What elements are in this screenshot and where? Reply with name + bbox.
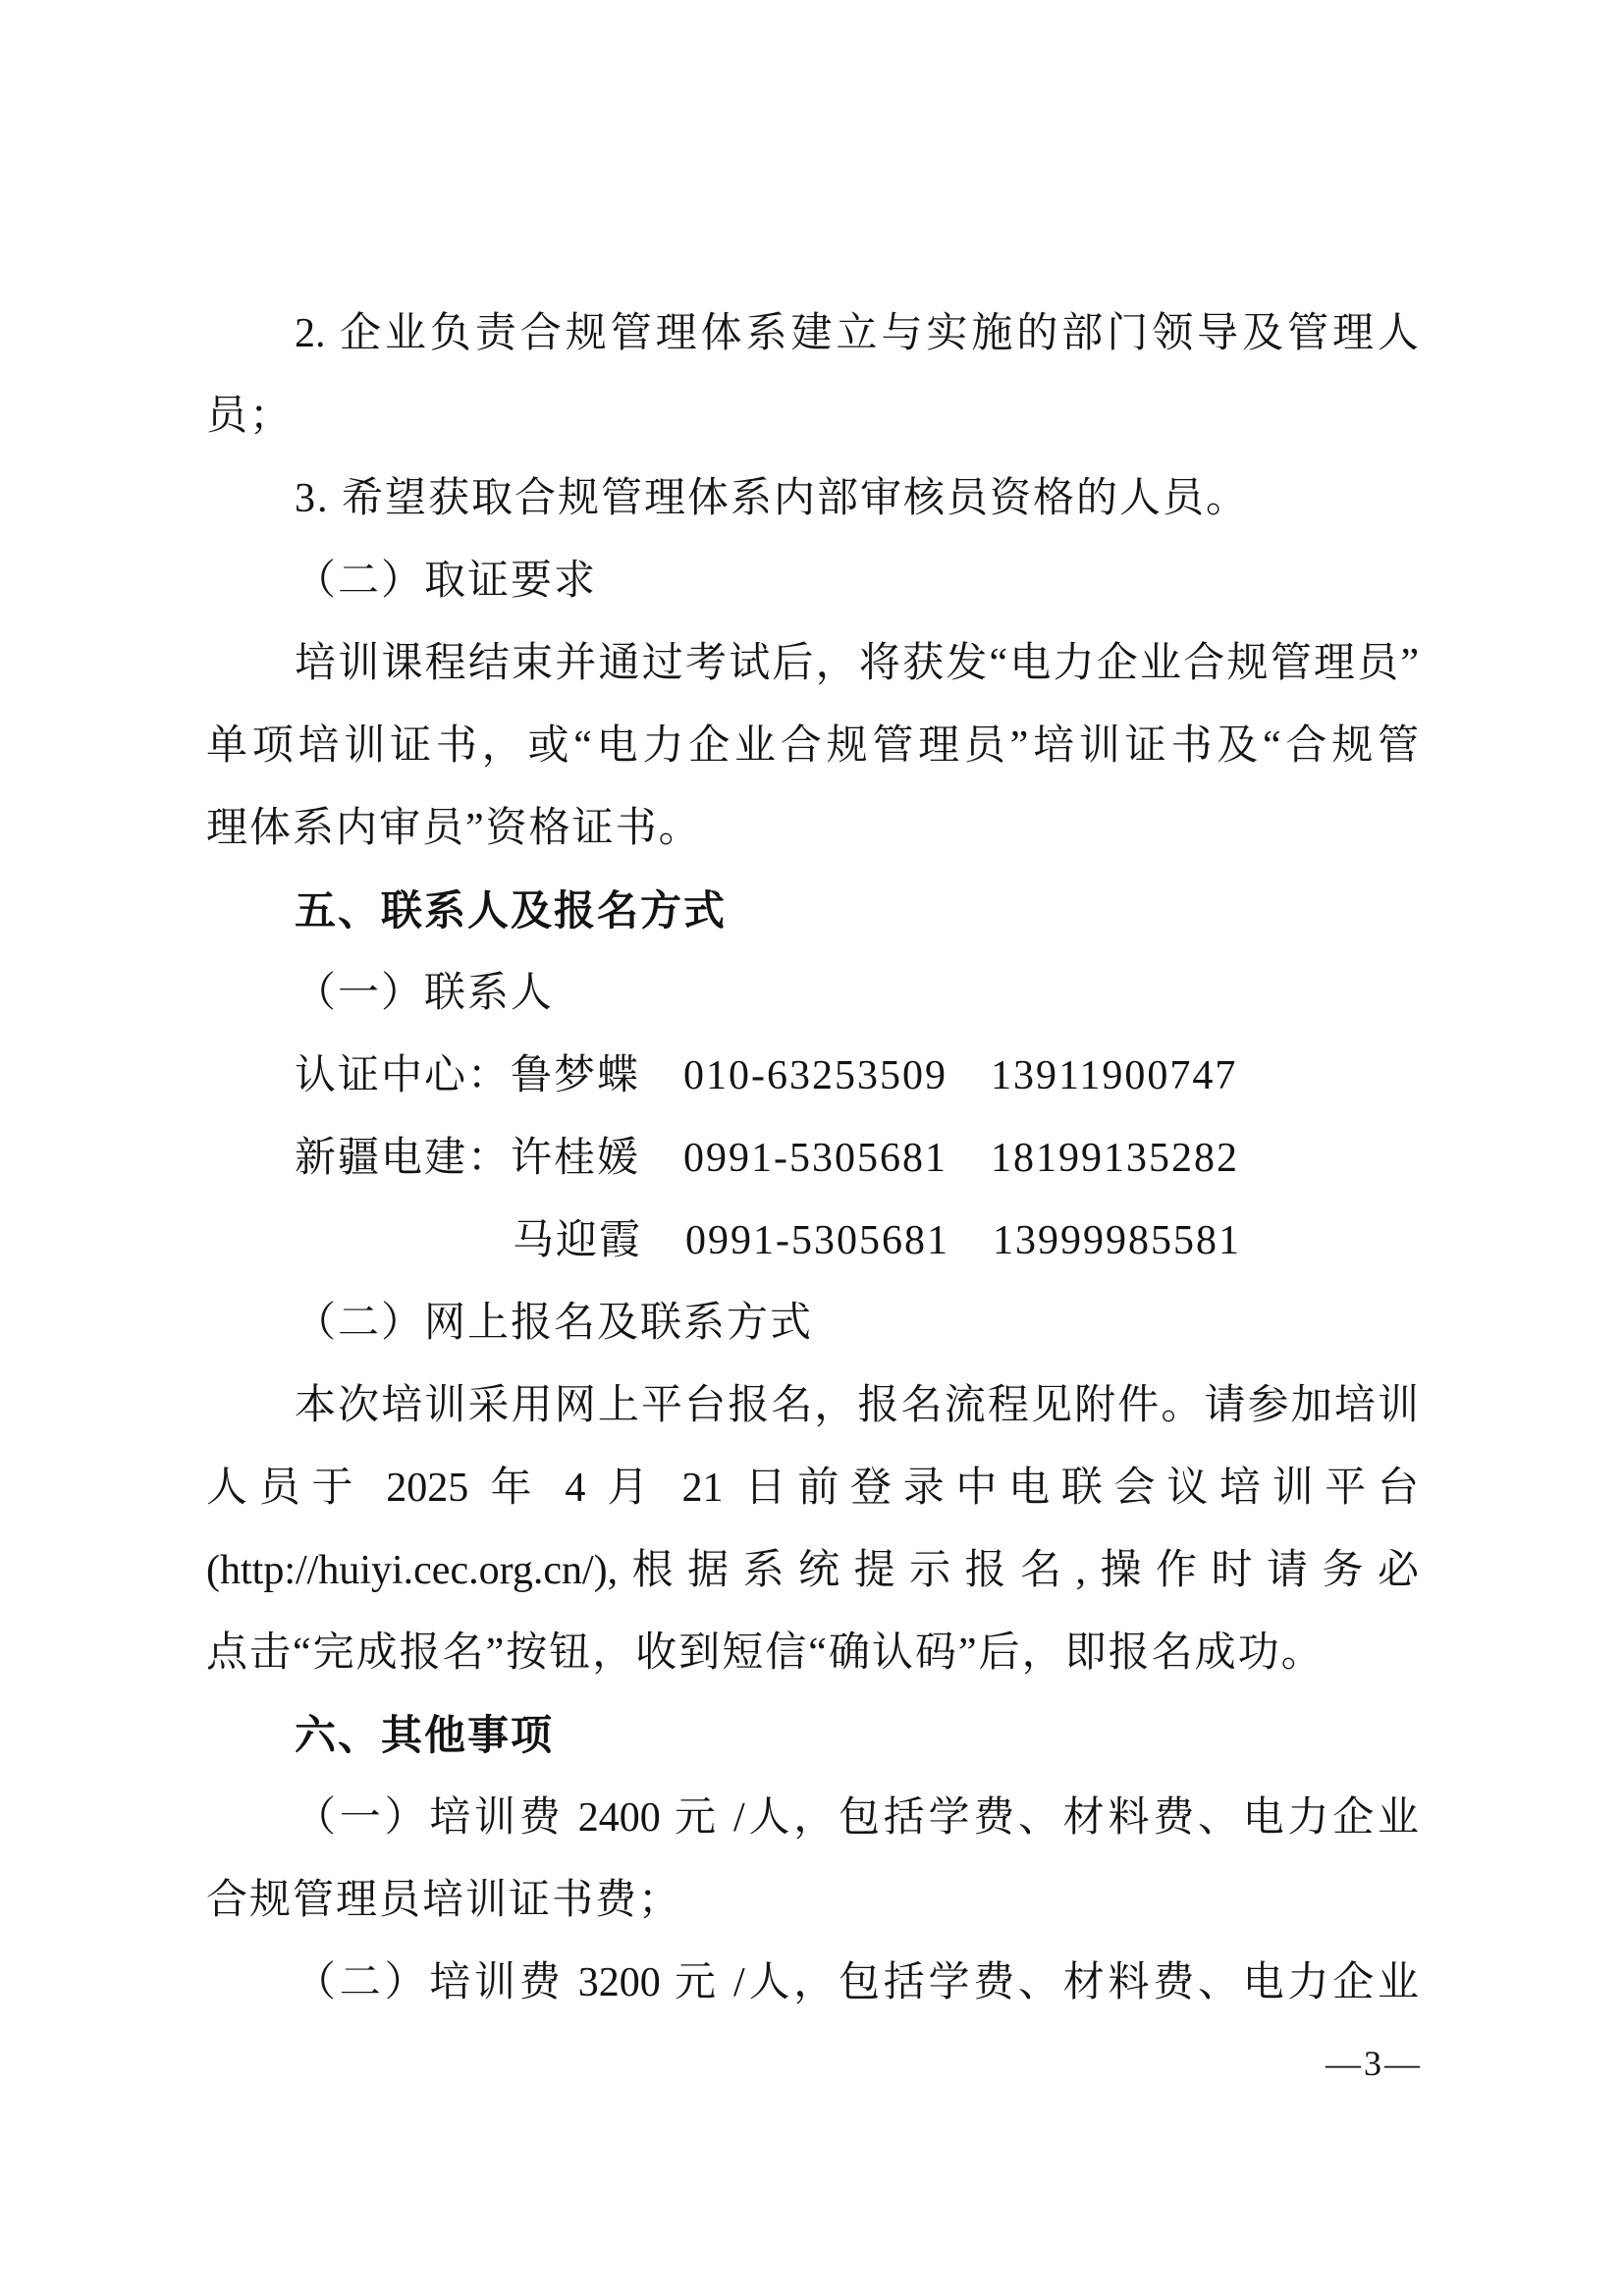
list-item-2: 2. 企业负责合规管理体系建立与实施的部门领导及管理人 [206,293,1419,375]
paragraph-registration-line-1: 本次培训采用网上平台报名，报名流程见附件。请参加培训 [206,1364,1419,1447]
paragraph-fee-1-line-1: （一）培训费 2400 元 /人，包括学费、材料费、电力企业 [206,1777,1419,1859]
document-body: 2. 企业负责合规管理体系建立与实施的部门领导及管理人 员； 3. 希望获取合规… [206,293,1419,2024]
document-page: 2. 企业负责合规管理体系建立与实施的部门领导及管理人 员； 3. 希望获取合规… [0,0,1624,2296]
page-number: —3— [1326,2034,1423,2093]
contact-line-certification-center: 认证中心：鲁梦蝶 010-63253509 13911900747 [206,1035,1419,1117]
contact-line-xinjiang-1: 新疆电建：许桂媛 0991-5305681 18199135282 [206,1117,1419,1200]
subheading-contact-person: （一）联系人 [206,952,1419,1035]
paragraph-registration-line-3: (http://huiyi.cec.org.cn/),根据系统提示报名,操作时请… [206,1529,1419,1612]
section-heading-contact: 五、联系人及报名方式 [206,870,1419,952]
paragraph-certification-line-3: 理体系内审员”资格证书。 [206,787,1419,870]
contact-line-xinjiang-2: 马迎霞 0991-5305681 13999985581 [206,1200,1419,1282]
section-heading-other-matters: 六、其他事项 [206,1694,1419,1777]
paragraph-certification-line-1: 培训课程结束并通过考试后，将获发“电力企业合规管理员” [206,622,1419,705]
list-item-2-continuation: 员； [206,375,1419,457]
paragraph-registration-line-4: 点击“完成报名”按钮，收到短信“确认码”后，即报名成功。 [206,1612,1419,1694]
subheading-certification-requirements: （二）取证要求 [206,540,1419,622]
subheading-online-registration: （二）网上报名及联系方式 [206,1282,1419,1364]
paragraph-fee-2-line-1: （二）培训费 3200 元 /人，包括学费、材料费、电力企业 [206,1942,1419,2024]
paragraph-fee-1-line-2: 合规管理员培训证书费； [206,1859,1419,1942]
paragraph-certification-line-2: 单项培训证书，或“电力企业合规管理员”培训证书及“合规管 [206,705,1419,787]
list-item-3: 3. 希望获取合规管理体系内部审核员资格的人员。 [206,457,1419,540]
paragraph-registration-line-2: 人员于 2025 年 4 月 21 日前登录中电联会议培训平台 [206,1447,1419,1529]
